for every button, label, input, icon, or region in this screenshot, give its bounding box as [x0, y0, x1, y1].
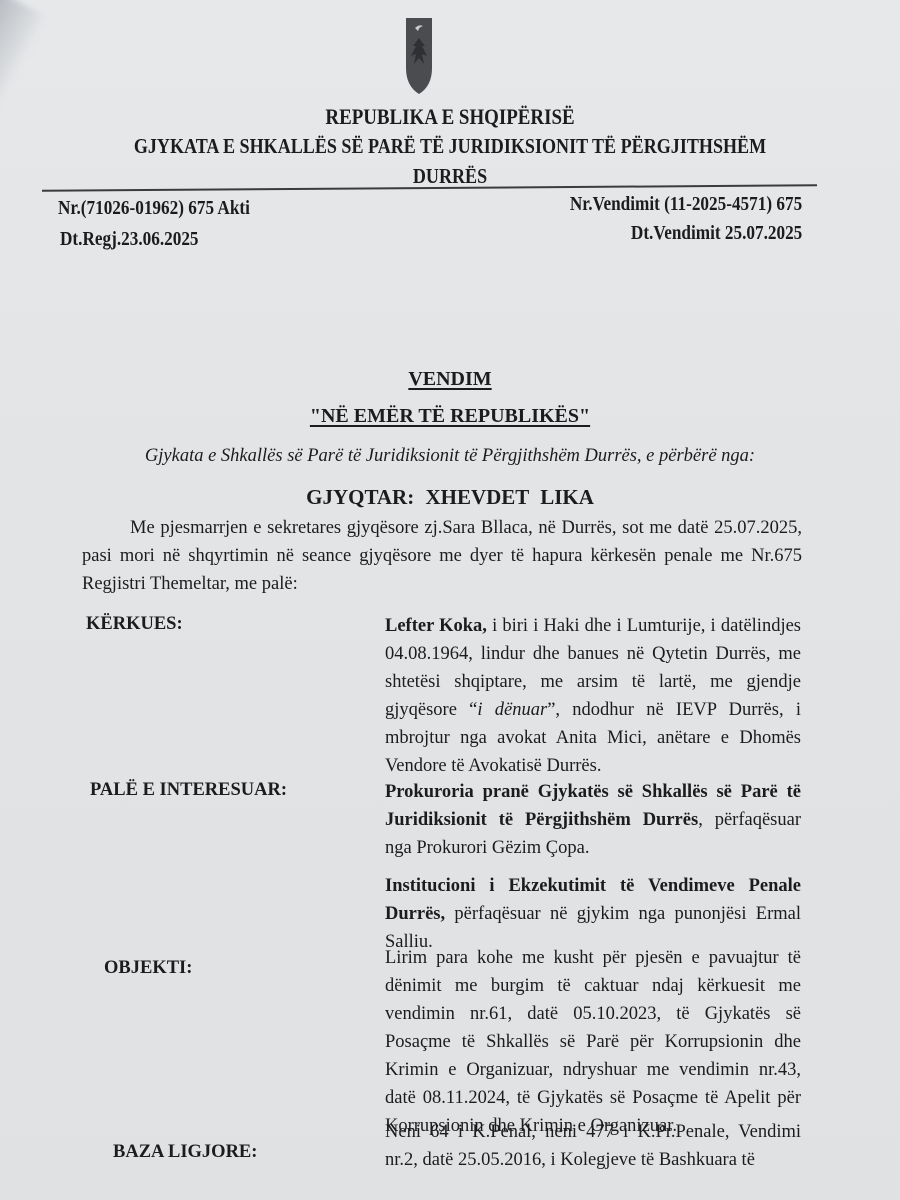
label-object: OBJEKTI:: [104, 958, 192, 979]
document-subtitle: "NË EMËR TË REPUBLIKËS": [0, 405, 900, 428]
registration-date: Dt.Regj.23.06.2025: [60, 228, 199, 251]
country-heading: REPUBLIKA E SHQIPËRISË: [63, 104, 837, 130]
decision-date: Dt.Vendimit 25.07.2025: [631, 222, 802, 245]
object-text: Lirim para kohe me kusht për pjesën e pa…: [385, 944, 801, 1140]
document-title: VENDIM: [0, 368, 900, 391]
page-fold-shadow: [0, 0, 46, 299]
label-interested-party: PALË E INTERESUAR:: [90, 780, 287, 801]
label-kerkues: KËRKUES:: [86, 614, 183, 635]
label-legal-basis: BAZA LIGJORE:: [113, 1142, 257, 1163]
case-number: Nr.(71026-01962) 675 Akti: [58, 197, 250, 220]
interested-party-1: Prokuroria pranë Gjykatës së Shkallës së…: [385, 778, 801, 862]
kerkues-details: Lefter Koka, i biri i Haki dhe i Lumturi…: [385, 612, 801, 780]
kerkues-name: Lefter Koka,: [385, 616, 487, 636]
document-page: REPUBLIKA E SHQIPËRISË GJYKATA E SHKALLË…: [0, 0, 900, 1200]
court-composition: Gjykata e Shkallës së Parë të Juridiksio…: [0, 446, 900, 467]
legal-basis-text: Neni 64 i K.Penal, neni 477 i K.Pr.Penal…: [385, 1118, 801, 1174]
intro-paragraph: Me pjesmarrjen e sekretares gjyqësore zj…: [82, 514, 802, 598]
judge-name: GJYQTAR: XHEVDET LIKA: [0, 485, 900, 510]
kerkues-status: i dënuar: [477, 700, 547, 720]
decision-number: Nr.Vendimit (11-2025-4571) 675: [570, 193, 802, 216]
court-heading: GJYKATA E SHKALLËS SË PARË TË JURIDIKSIO…: [63, 134, 837, 159]
albanian-coat-of-arms-icon: [404, 16, 434, 96]
